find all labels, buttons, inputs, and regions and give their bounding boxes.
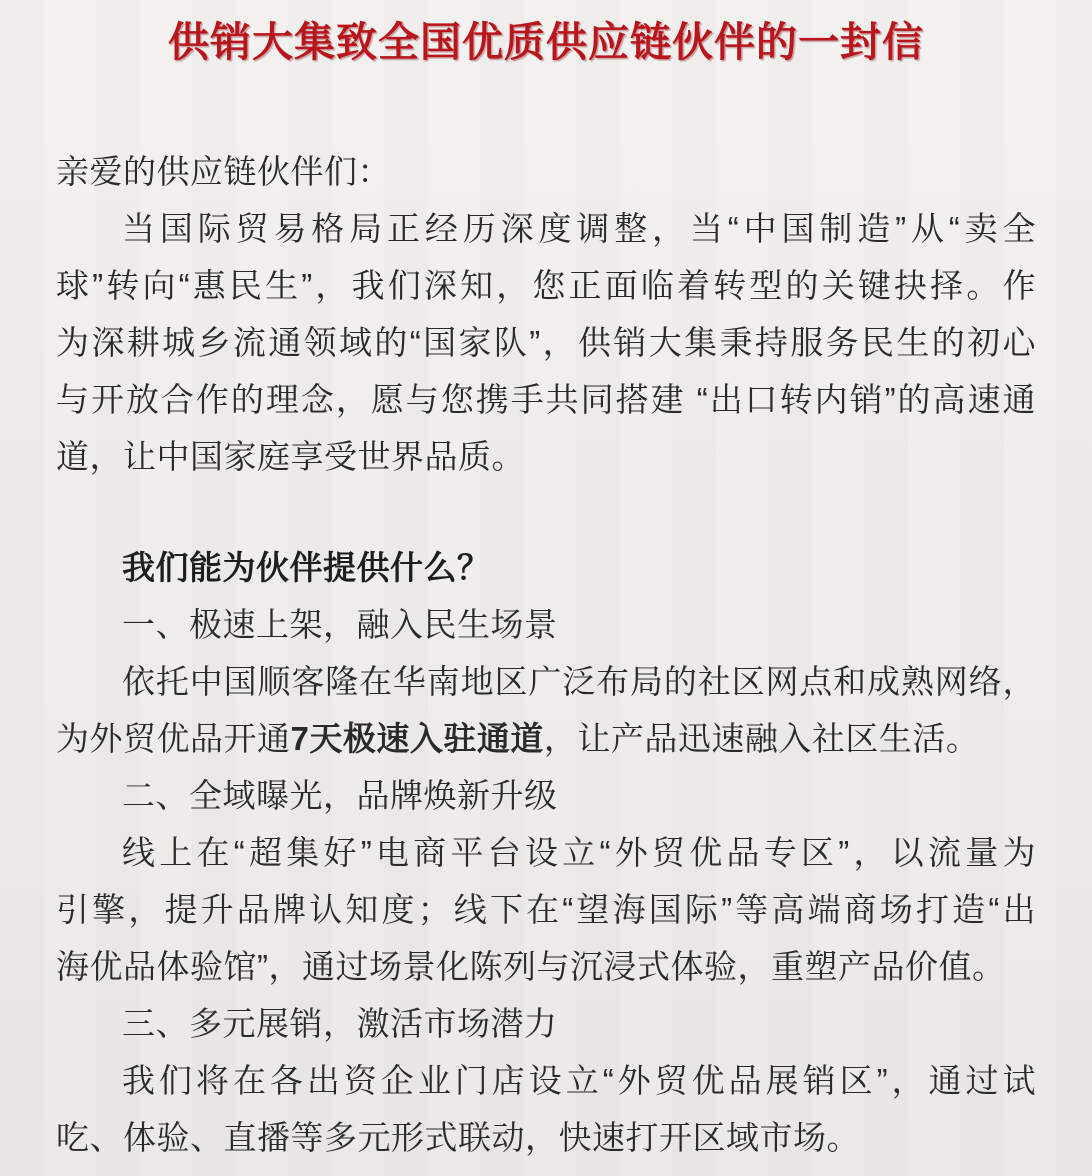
body-line: 与开放合作的理念，愿与您携手共同搭建 “出口转内销”的高速通 [56, 371, 1036, 428]
body-line-mixed: 为外贸优品开通7天极速入驻通道，让产品迅速融入社区生活。 [56, 710, 1036, 767]
body-line-segment: ，让产品迅速融入社区生活。 [544, 720, 980, 757]
list-item-3-title: 三、多元展销，激活市场潜力 [56, 995, 1036, 1052]
list-item-2-title: 二、全域曝光，品牌焕新升级 [56, 767, 1036, 824]
body-line: 依托中国顺客隆在华南地区广泛布局的社区网点和成熟网络， [56, 653, 1036, 710]
salutation-line: 亲爱的供应链伙伴们： [56, 143, 1036, 200]
body-line: 我们将在各出资企业门店设立“外贸优品展销区”，通过试 [56, 1052, 1036, 1109]
body-line-segment: 为外贸优品开通 [56, 720, 291, 757]
body-line: 球”转向“惠民生”，我们深知，您正面临着转型的关键抉择。作 [56, 257, 1036, 314]
body-line: 当国际贸易格局正经历深度调整，当“中国制造”从“卖全 [56, 200, 1036, 257]
letter-body: 亲爱的供应链伙伴们： 当国际贸易格局正经历深度调整，当“中国制造”从“卖全 球”… [56, 143, 1036, 1166]
body-line: 吃、体验、直播等多元形式联动，快速打开区域市场。 [56, 1109, 1036, 1166]
body-line-bold-segment: 7天极速入驻通道 [291, 720, 544, 757]
body-line: 线上在“超集好”电商平台设立“外贸优品专区”，以流量为 [56, 824, 1036, 881]
body-line: 为深耕城乡流通领域的“国家队”，供销大集秉持服务民生的初心 [56, 314, 1036, 371]
letter-title: 供销大集致全国优质供应链伙伴的一封信 [56, 14, 1036, 70]
letter-page: 供销大集致全国优质供应链伙伴的一封信 亲爱的供应链伙伴们： 当国际贸易格局正经历… [0, 0, 1092, 1176]
body-line: 引擎，提升品牌认知度；线下在“望海国际”等高端商场打造“出 [56, 881, 1036, 938]
list-item-1-title: 一、极速上架，融入民生场景 [56, 596, 1036, 653]
body-line: 道，让中国家庭享受世界品质。 [56, 428, 1036, 485]
body-line: 海优品体验馆”，通过场景化陈列与沉浸式体验，重塑产品价值。 [56, 938, 1036, 995]
section-heading: 我们能为伙伴提供什么？ [56, 539, 1036, 596]
